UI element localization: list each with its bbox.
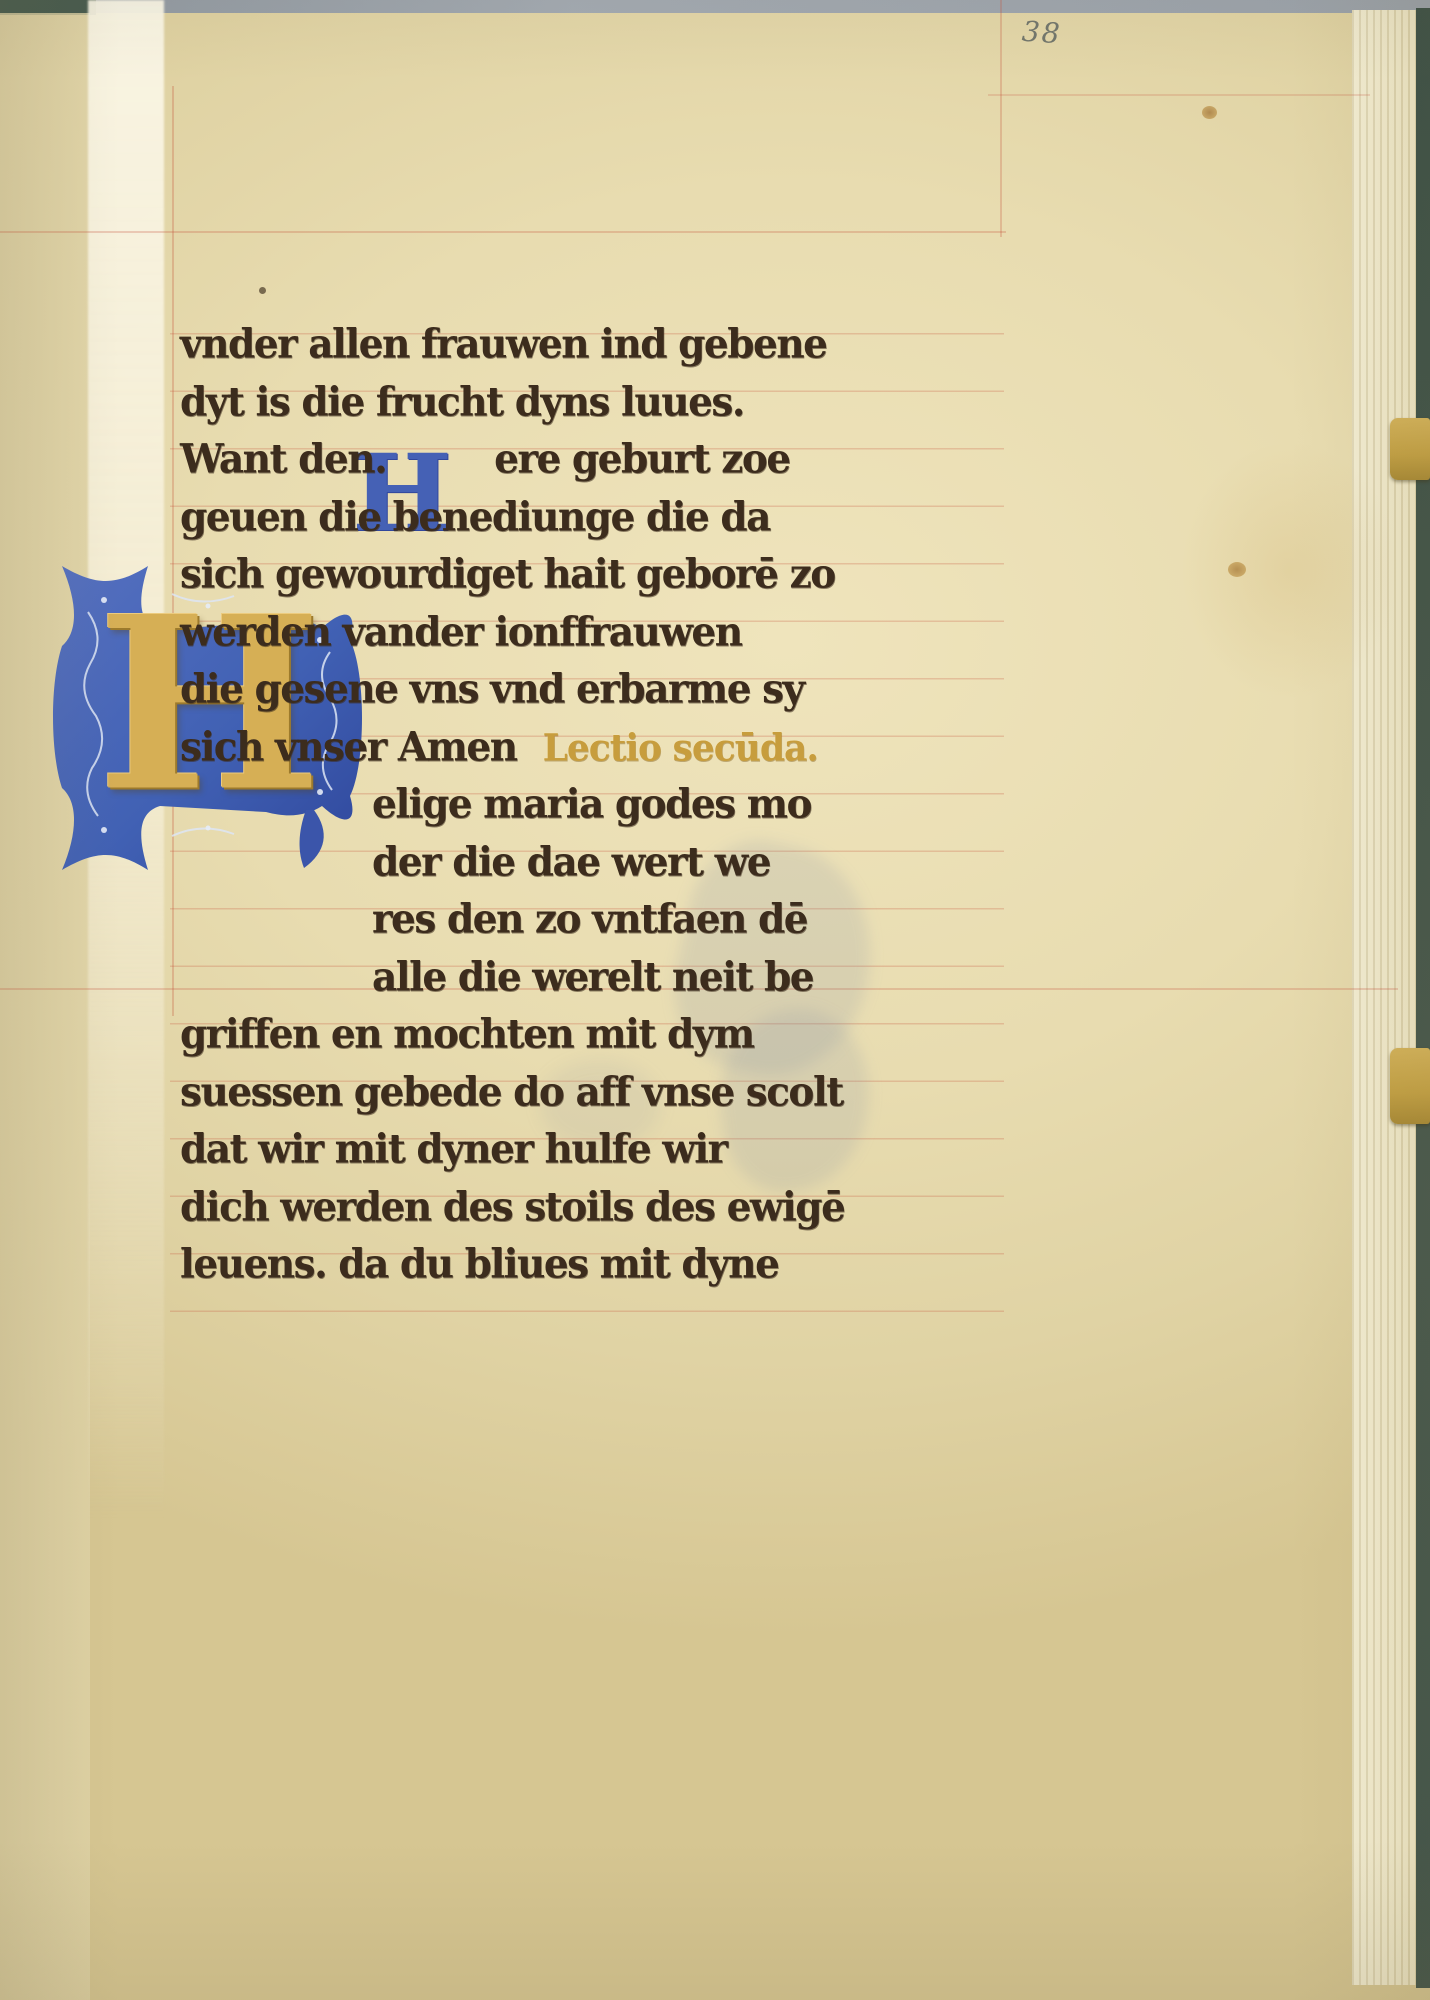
ink-speck — [259, 287, 266, 294]
text-line: vnder allen frauwen ind gebene — [180, 315, 820, 375]
text-line: dich werden des stoils des ewigē — [180, 1178, 820, 1238]
fore-edge-pages — [1352, 10, 1418, 1985]
text-line: geuen die benediunge die da — [180, 488, 820, 548]
fox-spot — [1202, 106, 1217, 119]
text-line: Want den.ere geburt zoe — [180, 430, 820, 490]
ribbon-marker-top — [1390, 418, 1430, 480]
text-line: leuens. da du bliues mit dyne — [180, 1235, 820, 1295]
text-line: der die dae wert we — [372, 833, 820, 893]
text-line: dyt is die frucht dyns luues. — [180, 373, 820, 433]
text-line: werden vander ionffrauwen — [180, 603, 820, 663]
gold-rubric: Lectio secūda. — [543, 726, 818, 770]
text-line: sich gewourdiget hait geborē zo — [180, 545, 820, 605]
text-block: vnder allen frauwen ind gebene dyt is di… — [180, 315, 820, 1293]
text-line: die gesene vns vnd erbarme sy — [180, 660, 820, 720]
parchment-stain — [1180, 440, 1400, 700]
text-line: elige maria godes mo — [372, 775, 820, 835]
text-line: res den zo vntfaen dē — [372, 890, 820, 950]
left-page-margin-area — [0, 13, 90, 2000]
ribbon-marker-bottom — [1390, 1048, 1430, 1124]
text-line: sich vnser AmenLectio secūda. — [180, 718, 820, 778]
margin-rule-horizontal-top-right — [988, 94, 1370, 96]
text-line: griffen en mochten mit dym — [180, 1005, 820, 1065]
folio-number: 38 — [1021, 15, 1063, 51]
text-line: alle die werelt neit be — [372, 948, 820, 1008]
margin-rule-horizontal-top — [0, 231, 1006, 233]
margin-rule-vertical-right — [1000, 0, 1002, 237]
book-cover-edge — [1416, 8, 1430, 1988]
manuscript-page: 38 H — [0, 0, 1430, 2000]
margin-rule-vertical-left — [172, 86, 174, 1016]
text-line: suessen gebede do aff vnse scolt — [180, 1063, 820, 1123]
text-line: dat wir mit dyner hulfe wir — [180, 1120, 820, 1180]
table-background-strip — [0, 0, 1430, 13]
